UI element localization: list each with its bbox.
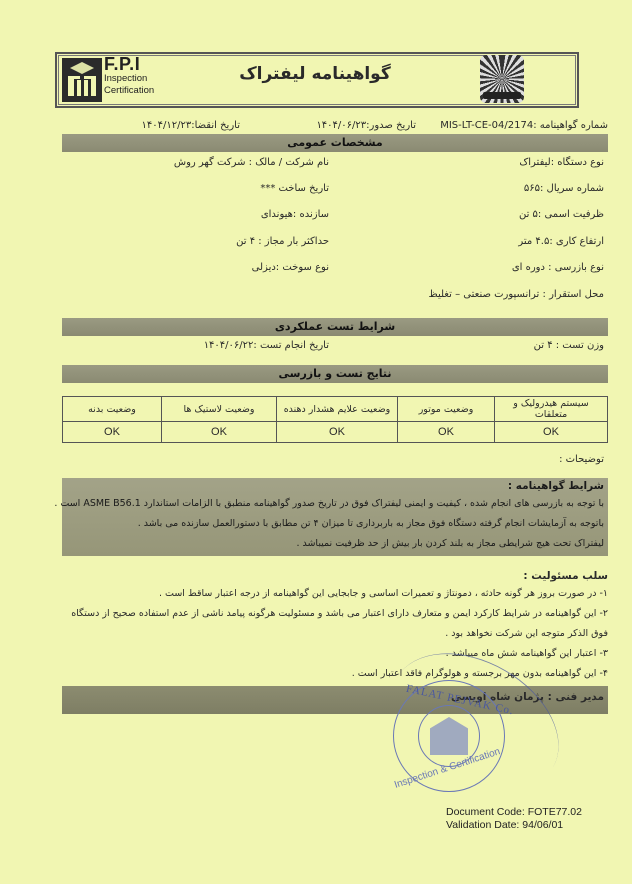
document-footer: Document Code: FOTE77.02 Validation Date…: [446, 806, 582, 832]
field-test-date: تاریخ انجام تست :۱۴۰۴/۰۶/۲۲: [204, 340, 329, 351]
section-results-heading: نتایج تست و بازرسی: [62, 365, 608, 383]
results-table: سیستم هیدرولیک و متعلقات وضعیت موتور وضع…: [62, 396, 608, 443]
results-header-row: سیستم هیدرولیک و متعلقات وضعیت موتور وضع…: [63, 397, 608, 422]
disclaimer-heading: سلب مسئولیت :: [62, 568, 608, 584]
value-body: OK: [63, 422, 162, 443]
field-serial: شماره سریال :۵۶۵: [524, 183, 604, 194]
document-code: Document Code: FOTE77.02: [446, 806, 582, 819]
fpi-logo-icon: [62, 58, 102, 102]
field-fuel-type: نوع سوخت :دیزلی: [252, 262, 329, 273]
disclaimer-item: ۴- این گواهینامه بدون مهر برجسته و هولوگ…: [62, 664, 608, 684]
col-body: وضعیت بدنه: [63, 397, 162, 422]
expiry-date: تاریخ انقضا:۱۴۰۴/۱۲/۲۳: [141, 120, 240, 131]
brand-line-2: Certification: [104, 85, 154, 97]
value-hydraulic: OK: [495, 422, 608, 443]
col-warning-signs: وضعیت علایم هشدار دهنده: [277, 397, 398, 422]
field-location: محل استقرار : ترانسپورت صنعتی – تغلیظ: [428, 289, 604, 300]
disclaimer-item: ۱- در صورت بروز هر گونه حادثه ، دمونتاژ …: [62, 584, 608, 604]
conditions-box: شرایط گواهینامه : با توجه به بازرسی های …: [62, 478, 608, 556]
field-max-load: حداکثر بار مجاز : ۴ تن: [236, 236, 329, 247]
field-inspection-type: نوع بازرسی : دوره ای: [512, 262, 604, 273]
results-values-row: OK OK OK OK OK: [63, 422, 608, 443]
value-warning-signs: OK: [277, 422, 398, 443]
value-engine: OK: [398, 422, 495, 443]
section-general-heading: مشخصات عمومی: [62, 134, 608, 152]
brand-short: F.P.I: [104, 55, 154, 73]
brand-block: F.P.I Inspection Certification: [104, 55, 154, 97]
notes-label: توضیحات :: [559, 454, 604, 465]
field-owner: نام شرکت / مالک : شرکت گهر روش: [174, 157, 329, 168]
field-test-weight: وزن تست : ۴ تن: [534, 340, 604, 351]
field-working-height: ارتفاع کاری :۴.۵ متر: [518, 236, 604, 247]
certificate-badge-label: [483, 92, 521, 99]
col-engine: وضعیت موتور: [398, 397, 495, 422]
field-manufacture-date: تاریخ ساخت ***: [260, 183, 329, 194]
certificate-number: شماره گواهینامه :MIS-LT-CE-04/2174: [440, 120, 608, 131]
issue-date: تاریخ صدور:۱۴۰۴/۰۶/۲۳: [316, 120, 416, 131]
condition-line: باتوجه به آزمایشات انجام گرفته دستگاه فو…: [66, 514, 604, 534]
col-hydraulic: سیستم هیدرولیک و متعلقات: [495, 397, 608, 422]
conditions-heading: شرایط گواهینامه :: [66, 478, 604, 494]
validation-date: Validation Date: 94/06/01: [446, 819, 582, 832]
document-title: گواهینامه لیفتراک: [200, 64, 430, 84]
certificate-badge-icon: [480, 55, 524, 103]
field-device-type: نوع دستگاه :لیفتراک: [519, 157, 604, 168]
disclaimer-section: سلب مسئولیت : ۱- در صورت بروز هر گونه حا…: [62, 568, 608, 684]
field-manufacturer: سازنده :هیوندای: [261, 209, 329, 220]
section-performance-heading: شرایط تست عملکردی: [62, 318, 608, 336]
col-tires: وضعیت لاستیک ها: [162, 397, 277, 422]
condition-line: لیفتراک تحت هیچ شرایطی مجاز به بلند کردن…: [66, 534, 604, 554]
value-tires: OK: [162, 422, 277, 443]
disclaimer-item: ۲- این گواهینامه در شرایط کارکرد ایمن و …: [62, 604, 608, 644]
condition-line: با توجه به بازرسی های انجام شده ، کیفیت …: [66, 494, 604, 514]
disclaimer-item: ۳- اعتبار این گواهینامه شش ماه میباشد .: [62, 644, 608, 664]
brand-line-1: Inspection: [104, 73, 154, 85]
field-nominal-capacity: ظرفیت اسمی :۵ تن: [519, 209, 604, 220]
